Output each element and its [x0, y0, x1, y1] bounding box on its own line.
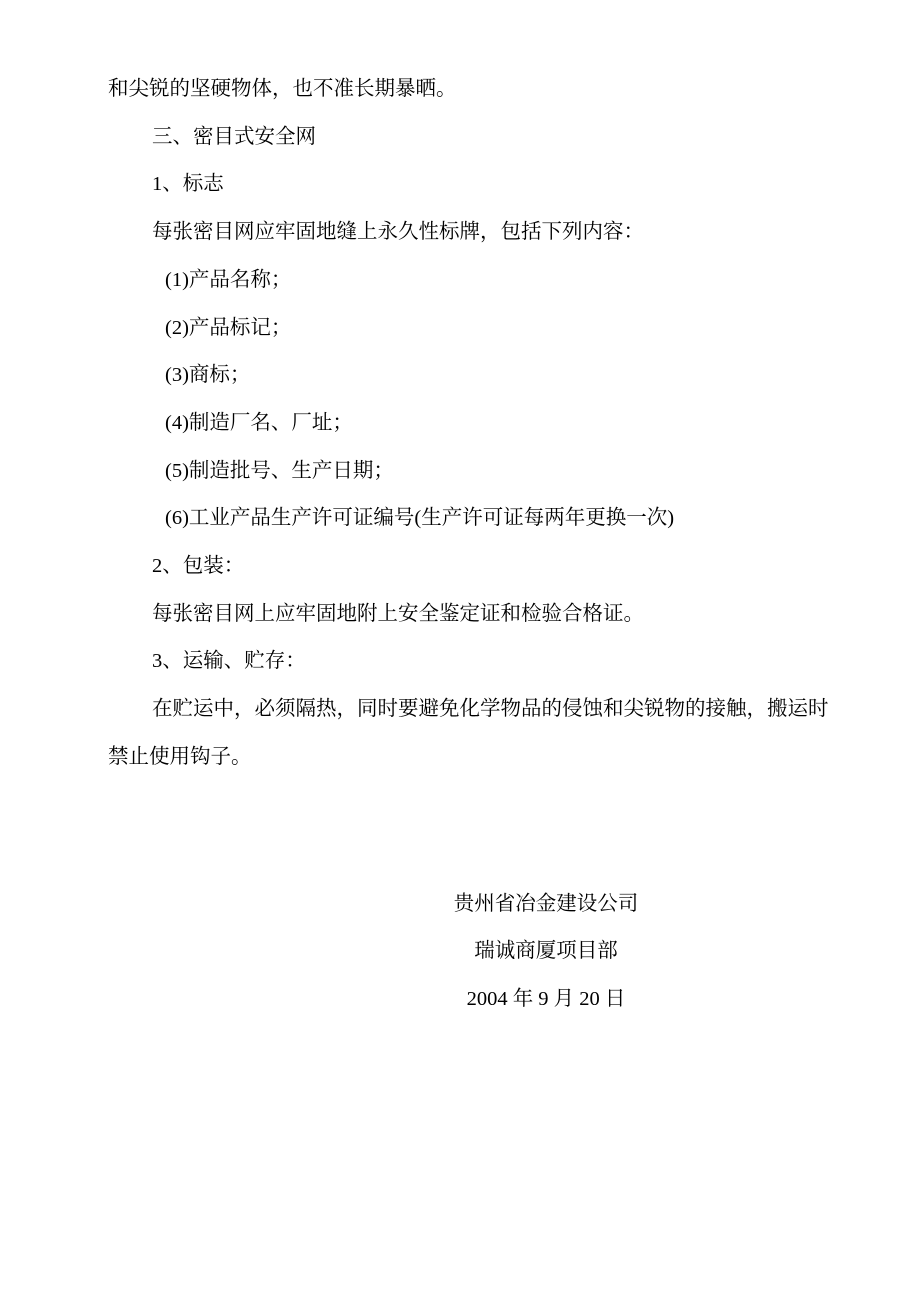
signature-block: 贵州省冶金建设公司 瑞诚商厦项目部 2004 年 9 月 20 日	[360, 881, 732, 1024]
list-item-6-license-number: (6)工业产品生产许可证编号(生产许可证每两年更换一次)	[108, 495, 828, 543]
list-item-2-product-mark: (2)产品标记；	[108, 305, 828, 353]
paragraph-label-requirements: 每张密目网应牢固地缝上永久性标牌，包括下列内容：	[108, 209, 828, 257]
section-heading-three: 三、密目式安全网	[108, 114, 828, 162]
document-body: 和尖锐的坚硬物体，也不准长期暴晒。 三、密目式安全网 1、标志 每张密目网应牢固…	[108, 66, 828, 1024]
signature-date: 2004 年 9 月 20 日	[360, 976, 732, 1024]
numbered-heading-1-marking: 1、标志	[108, 161, 828, 209]
numbered-heading-3-transport-storage: 3、运输、贮存：	[108, 638, 828, 686]
list-item-5-batch-date: (5)制造批号、生产日期；	[108, 448, 828, 496]
document-page: 和尖锐的坚硬物体，也不准长期暴晒。 三、密目式安全网 1、标志 每张密目网应牢固…	[0, 0, 920, 1301]
numbered-heading-2-packaging: 2、包装：	[108, 543, 828, 591]
paragraph-continuation: 和尖锐的坚硬物体，也不准长期暴晒。	[108, 66, 828, 114]
list-item-1-product-name: (1)产品名称；	[108, 257, 828, 305]
paragraph-packaging: 每张密目网上应牢固地附上安全鉴定证和检验合格证。	[108, 591, 828, 639]
paragraph-transport-line-2: 禁止使用钩子。	[108, 734, 828, 782]
signature-company: 贵州省冶金建设公司	[360, 881, 732, 929]
signature-department: 瑞诚商厦项目部	[360, 928, 732, 976]
list-item-3-trademark: (3)商标；	[108, 352, 828, 400]
paragraph-transport-line-1: 在贮运中，必须隔热，同时要避免化学物品的侵蚀和尖锐物的接触，搬运时	[108, 686, 828, 734]
list-item-4-manufacturer: (4)制造厂名、厂址；	[108, 400, 828, 448]
